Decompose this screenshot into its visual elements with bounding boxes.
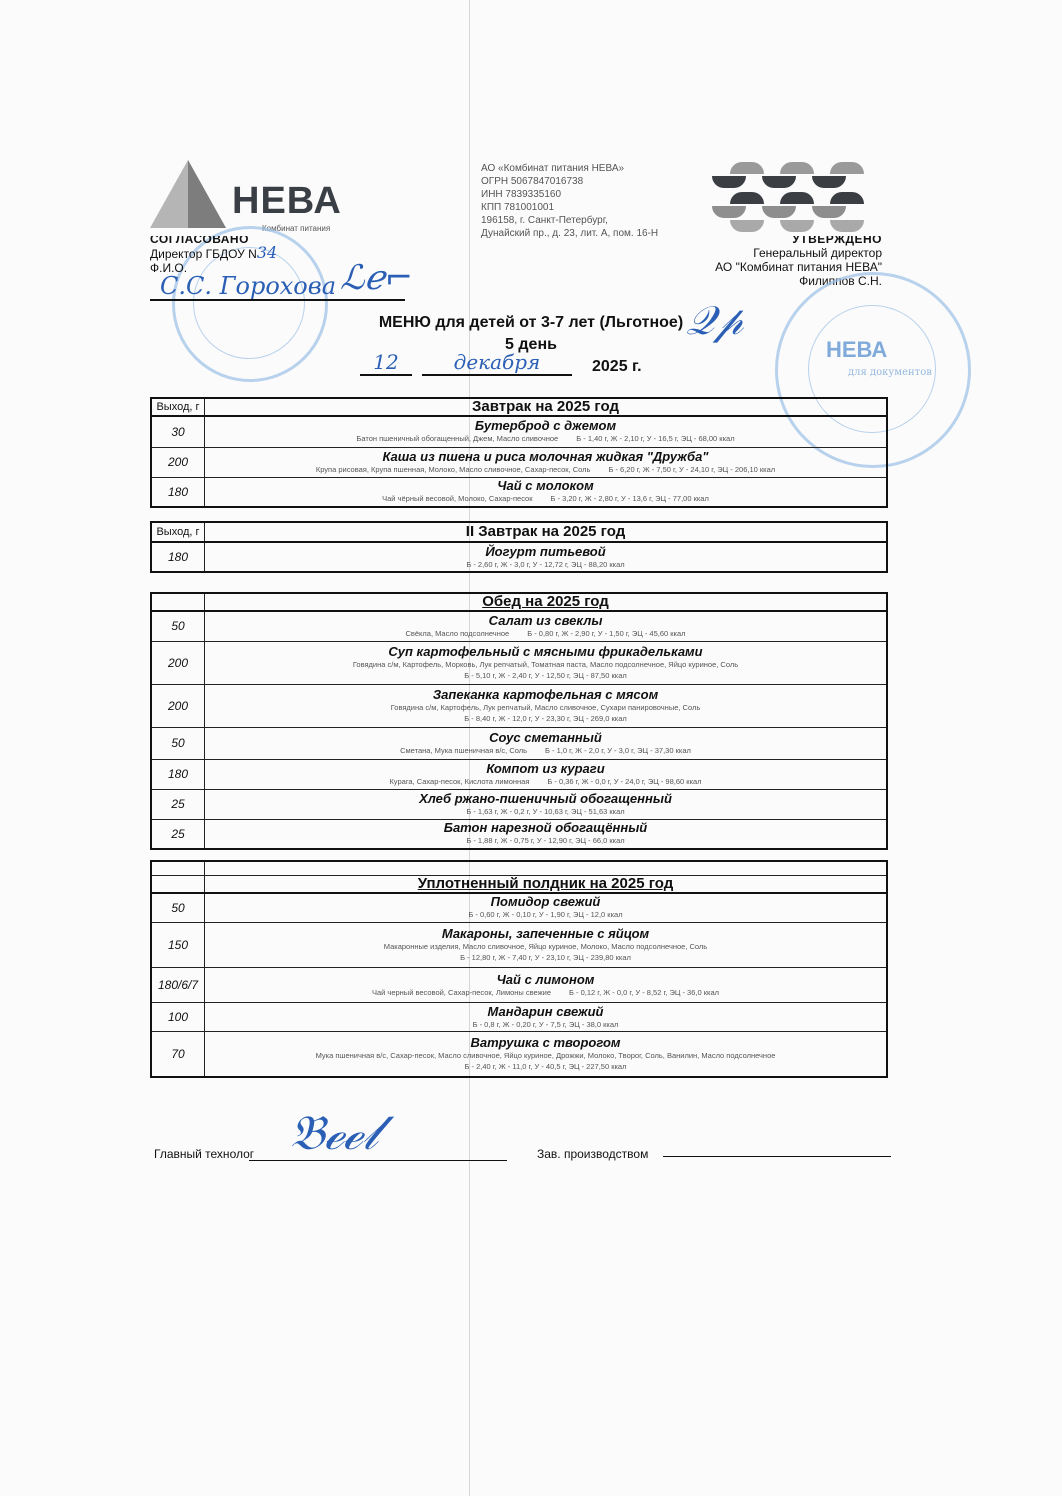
second-breakfast-table: Выход, г II Завтрак на 2025 год 180 Йогу… <box>150 521 888 573</box>
section-title: Обед на 2025 год <box>205 593 888 611</box>
dish-name: Бутерброд с джемом <box>205 419 886 433</box>
director-fio-handwritten: С.С. Горохова <box>160 272 336 300</box>
table-row: 50 Салат из свеклыСвёкла, Масло подсолне… <box>151 611 887 641</box>
dish-yield: 200 <box>151 684 205 727</box>
dish-name: Помидор свежий <box>205 895 886 909</box>
approver-org: АО "Комбинат питания НЕВА" <box>715 260 882 274</box>
waves-logo-icon <box>712 162 882 232</box>
dish-ingredients: Батон пшеничный обогащенный, Джем, Масло… <box>356 434 558 443</box>
director-signature: ℒℯ⌐ <box>340 258 413 298</box>
dish-name: Суп картофельный с мясными фрикадельками <box>205 645 886 659</box>
dish-nutrition: Б - 0,60 г, Ж - 0,10 г, У - 1,90 г, ЭЦ -… <box>205 909 886 920</box>
dish-yield: 180 <box>151 759 205 789</box>
dish-ingredients: Чай чёрный весовой, Молоко, Сахар-песок <box>382 494 532 503</box>
table-row: 200 Запеканка картофельная с мясомГовяди… <box>151 684 887 727</box>
dish-nutrition: Б - 6,20 г, Ж - 7,50 г, У - 24,10 г, ЭЦ … <box>608 465 775 474</box>
dish-name: Ватрушка с творогом <box>205 1036 886 1050</box>
section-title: II Завтрак на 2025 год <box>205 522 888 542</box>
table-row: 100 Мандарин свежийБ - 0,8 г, Ж - 0,20 г… <box>151 1003 887 1032</box>
dish-name: Йогурт питьевой <box>205 545 886 559</box>
dish-ingredients: Говядина с/м, Картофель, Лук репчатый, М… <box>205 702 886 713</box>
afternoon-snack-table: Уплотненный полдник на 2025 год 50 Помид… <box>150 860 888 1078</box>
pyramid-shade-icon <box>188 160 226 228</box>
director-sign-line <box>150 299 405 301</box>
approved-caption: УТВЕРЖДЕНО <box>715 236 882 246</box>
dish-nutrition: Б - 0,80 г, Ж - 2,90 г, У - 1,50 г, ЭЦ -… <box>527 629 685 638</box>
company-address-2: Дунайский пр., д. 23, лит. А, пом. 16-Н <box>481 227 658 240</box>
dish-yield: 150 <box>151 923 205 968</box>
dish-name: Макароны, запеченные с яйцом <box>205 927 886 941</box>
table-row: 180 Йогурт питьевойБ - 2,60 г, Ж - 3,0 г… <box>151 542 887 572</box>
dish-yield: 180 <box>151 477 205 507</box>
dish-ingredients: Свёкла, Масло подсолнечное <box>405 629 509 638</box>
dish-nutrition: Б - 1,40 г, Ж - 2,10 г, У - 16,5 г, ЭЦ -… <box>576 434 734 443</box>
dish-name: Чай с молоком <box>205 479 886 493</box>
table-row: 180 Компот из курагиКурага, Сахар-песок,… <box>151 759 887 789</box>
dish-yield: 70 <box>151 1032 205 1077</box>
dish-name: Компот из кураги <box>205 762 886 776</box>
dish-nutrition: Б - 2,60 г, Ж - 3,0 г, У - 12,72 г, ЭЦ -… <box>466 560 624 569</box>
company-ogrn: ОГРН 5067847016738 <box>481 175 658 188</box>
dish-yield: 30 <box>151 416 205 447</box>
dish-name: Салат из свеклы <box>205 614 886 628</box>
dish-yield: 50 <box>151 611 205 641</box>
company-address-1: 196158, г. Санкт-Петербург, <box>481 214 658 227</box>
company-kpp: КПП 781001001 <box>481 201 658 214</box>
section-title: Завтрак на 2025 год <box>205 398 888 416</box>
company-info: АО «Комбинат питания НЕВА» ОГРН 50678470… <box>481 162 658 240</box>
dish-name: Хлеб ржано-пшеничный обогащенный <box>205 792 886 806</box>
dish-nutrition: Б - 12,80 г, Ж - 7,40 г, У - 23,10 г, ЭЦ… <box>205 952 886 963</box>
dish-nutrition: Б - 5,10 г, Ж - 2,40 г, У - 12,50 г, ЭЦ … <box>205 670 886 681</box>
school-number-handwritten: 34 <box>257 243 277 262</box>
dish-yield: 180/6/7 <box>151 968 205 1003</box>
approver-position: Генеральный директор <box>715 246 882 260</box>
dish-nutrition: Б - 0,36 г, Ж - 0,0 г, У - 24,0 г, ЭЦ - … <box>547 777 701 786</box>
date-day: 12 <box>360 350 412 376</box>
chief-technologist-signature: 𝔅ℯℯ𝓁 <box>290 1105 378 1162</box>
dish-yield: 100 <box>151 1003 205 1032</box>
section-title: Уплотненный полдник на 2025 год <box>205 875 888 893</box>
menu-title: МЕНЮ для детей от 3-7 лет (Льготное) <box>0 314 1062 332</box>
table-row: 200 Каша из пшена и риса молочная жидкая… <box>151 447 887 477</box>
breakfast-table: Выход, г Завтрак на 2025 год 30 Бутербро… <box>150 397 888 508</box>
table-row: 30 Бутерброд с джемомБатон пшеничный обо… <box>151 416 887 447</box>
table-row: 70 Ватрушка с творогомМука пшеничная в/с… <box>151 1032 887 1077</box>
table-row: 50 Помидор свежийБ - 0,60 г, Ж - 0,10 г,… <box>151 893 887 923</box>
dish-name: Каша из пшена и риса молочная жидкая "Др… <box>205 450 886 464</box>
stamp-inner-text: для документов <box>848 367 932 378</box>
production-head-label: Зав. производством <box>537 1147 663 1161</box>
dish-yield: 50 <box>151 893 205 923</box>
dish-yield: 25 <box>151 789 205 819</box>
dish-yield: 50 <box>151 727 205 759</box>
dish-nutrition: Б - 1,0 г, Ж - 2,0 г, У - 3,0 г, ЭЦ - 37… <box>545 746 691 755</box>
dish-nutrition: Б - 0,12 г, Ж - 0,0 г, У - 8,52 г, ЭЦ - … <box>569 988 719 997</box>
lunch-table: Обед на 2025 год 50 Салат из свеклыСвёкл… <box>150 592 888 850</box>
dish-ingredients: Курага, Сахар-песок, Кислота лимонная <box>389 777 529 786</box>
table-row: 25 Батон нарезной обогащённыйБ - 1,88 г,… <box>151 819 887 849</box>
dish-ingredients: Мука пшеничная в/с, Сахар-песок, Масло с… <box>205 1050 886 1061</box>
dish-name: Мандарин свежий <box>205 1005 886 1019</box>
table-row: 200 Суп картофельный с мясными фрикадель… <box>151 641 887 684</box>
dish-ingredients: Говядина с/м, Картофель, Морковь, Лук ре… <box>205 659 886 670</box>
dish-name: Чай с лимоном <box>205 973 886 987</box>
production-head-sign-line <box>663 1156 891 1157</box>
yield-header: Выход, г <box>151 398 205 416</box>
table-row: 50 Соус сметанныйСметана, Мука пшеничная… <box>151 727 887 759</box>
table-row: 150 Макароны, запеченные с яйцомМакаронн… <box>151 923 887 968</box>
dish-nutrition: Б - 1,88 г, Ж - 0,75 г, У - 12,90 г, ЭЦ … <box>205 835 886 846</box>
table-row: 25 Хлеб ржано-пшеничный обогащенныйБ - 1… <box>151 789 887 819</box>
company-inn: ИНН 7839335160 <box>481 188 658 201</box>
dish-yield: 200 <box>151 447 205 477</box>
dish-nutrition: Б - 0,8 г, Ж - 0,20 г, У - 7,5 г, ЭЦ - 3… <box>205 1019 886 1030</box>
dish-yield: 200 <box>151 641 205 684</box>
dish-name: Запеканка картофельная с мясом <box>205 688 886 702</box>
dish-name: Соус сметанный <box>205 731 886 745</box>
dish-nutrition: Б - 3,20 г, Ж - 2,80 г, У - 13,6 г, ЭЦ -… <box>551 494 709 503</box>
dish-ingredients: Макаронные изделия, Масло сливочное, Яйц… <box>205 941 886 952</box>
dish-nutrition: Б - 2,40 г, Ж - 11,0 г, У - 40,5 г, ЭЦ -… <box>205 1061 886 1072</box>
date-month: декабря <box>422 350 572 376</box>
dish-yield: 180 <box>151 542 205 572</box>
dish-nutrition: Б - 8,40 г, Ж - 12,0 г, У - 23,30 г, ЭЦ … <box>205 713 886 724</box>
dish-ingredients: Крупа рисовая, Крупа пшенная, Молоко, Ма… <box>316 465 591 474</box>
yield-header: Выход, г <box>151 522 205 542</box>
table-row: 180 Чай с молокомЧай чёрный весовой, Мол… <box>151 477 887 507</box>
dish-ingredients: Чай черный весовой, Сахар-песок, Лимоны … <box>372 988 551 997</box>
table-row: 180/6/7 Чай с лимономЧай черный весовой,… <box>151 968 887 1003</box>
director-position: Директор ГБДОУ N <box>150 247 257 261</box>
date-year: 2025 г. <box>592 358 642 376</box>
dish-nutrition: Б - 1,63 г, Ж - 0,2 г, У - 10,63 г, ЭЦ -… <box>205 806 886 817</box>
chief-technologist-label: Главный технолог <box>154 1147 254 1161</box>
company-name: АО «Комбинат питания НЕВА» <box>481 162 658 175</box>
dish-ingredients: Сметана, Мука пшеничная в/с, Соль <box>400 746 527 755</box>
logo-name: НЕВА <box>232 180 342 223</box>
dish-name: Батон нарезной обогащённый <box>205 821 886 835</box>
agreed-block: СОГЛАСОВАНО Директор ГБДОУ N34 Ф.И.О. <box>150 236 277 275</box>
dish-yield: 25 <box>151 819 205 849</box>
empty-row <box>151 861 887 875</box>
